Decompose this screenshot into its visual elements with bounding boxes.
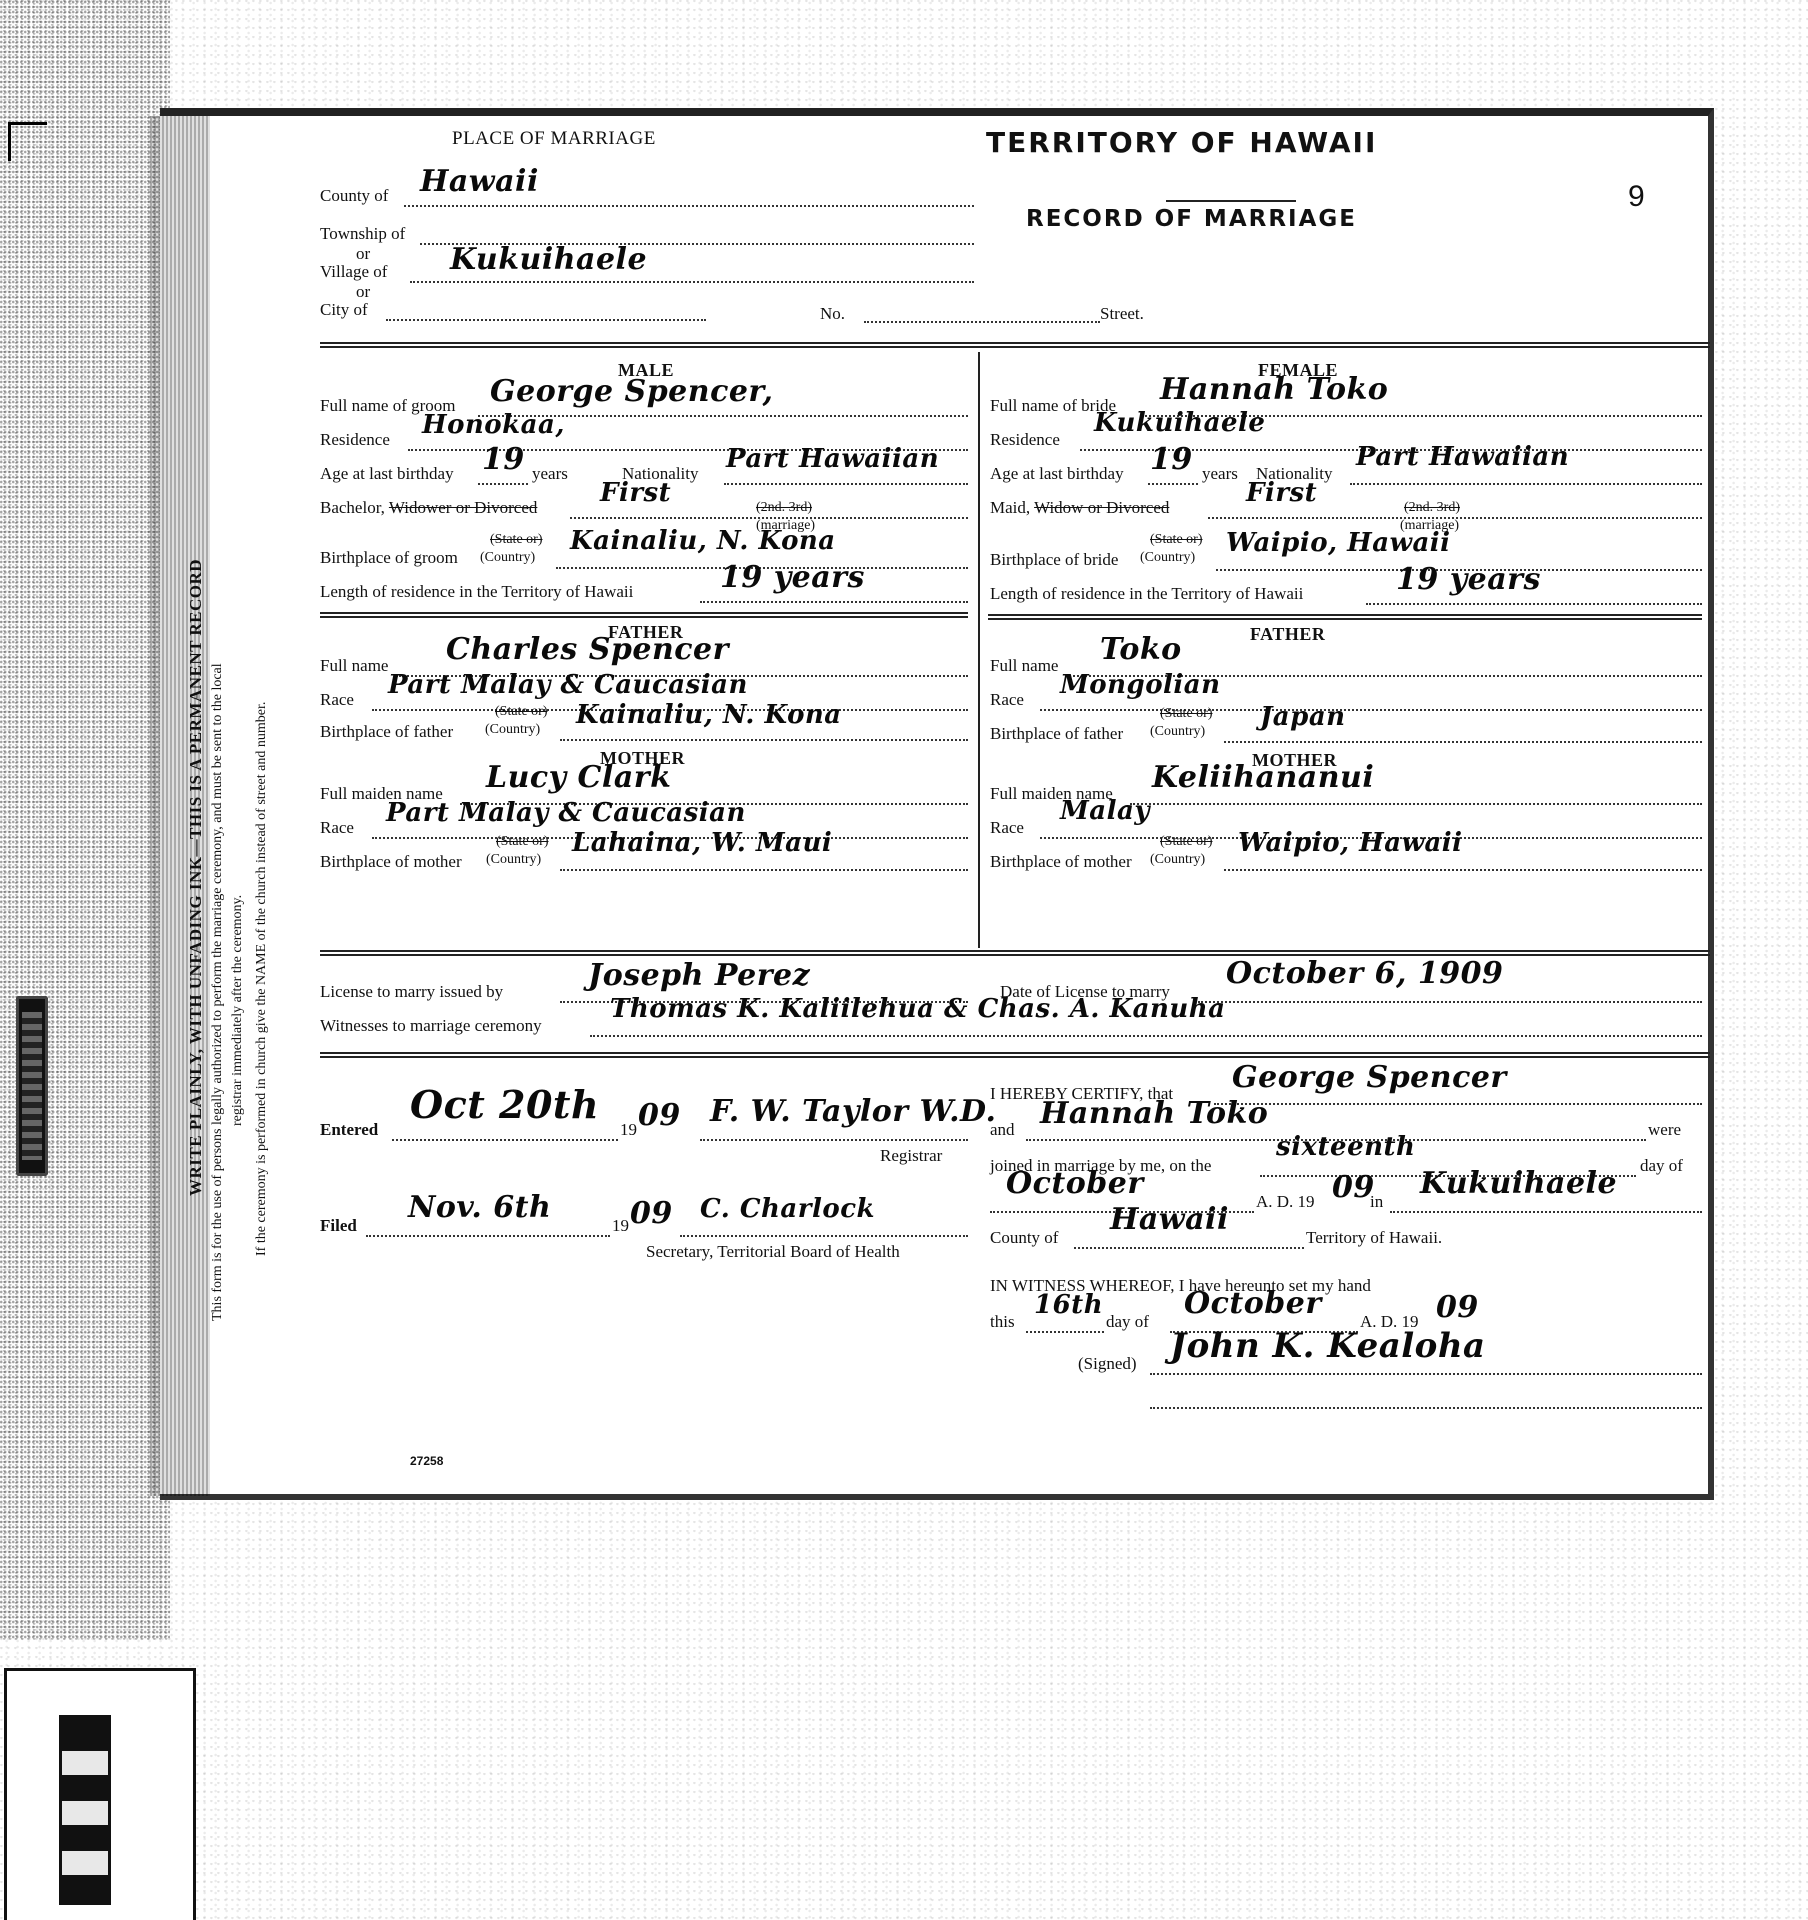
street-number-label: No. xyxy=(820,304,845,324)
joined-place-value: Kukuihaele xyxy=(1420,1166,1617,1201)
street-label: Street. xyxy=(1100,304,1144,324)
scan-noise-left-margin xyxy=(0,0,170,1640)
bride-age-label: Age at last birthday xyxy=(990,464,1124,484)
bride-mother-name-value: Keliihananui xyxy=(1152,760,1374,795)
certify-were-label: were xyxy=(1648,1120,1681,1140)
bride-age-value: 19 xyxy=(1150,442,1193,477)
sign-this-label: this xyxy=(990,1312,1015,1332)
bride-mother-state-or-struck: (State or) xyxy=(1160,834,1212,850)
groom-mother-birthplace-label: Birthplace of mother xyxy=(320,852,462,872)
groom-father-state-or-struck: (State or) xyxy=(495,704,547,720)
bride-father-heading: FATHER xyxy=(1250,624,1325,645)
groom-father-name-value: Charles Spencer xyxy=(446,632,729,667)
or-label: or xyxy=(356,282,370,302)
bride-marriage-ordinal: (2nd. 3rd) xyxy=(1404,500,1460,516)
registrar-label: Registrar xyxy=(880,1146,942,1166)
bride-residence-label: Residence xyxy=(990,430,1060,450)
county-value: Hawaii xyxy=(420,164,539,199)
bride-nationality-value: Part Hawaiian xyxy=(1356,442,1569,472)
joined-day-of-label: day of xyxy=(1640,1156,1683,1176)
bride-father-name-value: Toko xyxy=(1100,632,1182,667)
bride-birthplace-label: Birthplace of bride xyxy=(990,550,1118,570)
groom-mother-country-label: (Country) xyxy=(486,852,541,868)
sidebar-instruction-heading: WRITE PLAINLY, WITH UNFADING INK—THIS IS… xyxy=(186,559,206,1196)
bride-mother-race-label: Race xyxy=(990,818,1024,838)
groom-mother-state-or-struck: (State or) xyxy=(496,834,548,850)
filed-year-prefix: 19 xyxy=(612,1216,629,1236)
officiant-signature: John K. Kealoha xyxy=(1170,1326,1486,1366)
or-label: or xyxy=(356,244,370,264)
entered-year-value: 09 xyxy=(638,1098,681,1133)
joined-month-value: October xyxy=(1006,1166,1144,1201)
title-divider xyxy=(1166,200,1296,202)
groom-nationality-value: Part Hawaiian xyxy=(726,444,939,474)
groom-years-label: years xyxy=(532,464,568,484)
license-issued-by-label: License to marry issued by xyxy=(320,982,503,1002)
secretary-signature: C. Charlock xyxy=(700,1194,875,1224)
village-value: Kukuihaele xyxy=(450,242,647,277)
entered-label: Entered xyxy=(320,1120,378,1140)
certify-groom-value: George Spencer xyxy=(1232,1060,1507,1095)
bride-mother-country-label: (Country) xyxy=(1150,852,1205,868)
joined-ad-label: A. D. 19 xyxy=(1256,1192,1315,1212)
sign-month-value: October xyxy=(1184,1286,1322,1321)
film-index-bar xyxy=(59,1715,111,1905)
bride-father-birthplace-label: Birthplace of father xyxy=(990,724,1123,744)
sidebar-instruction-church: If the ceremony is performed in church g… xyxy=(254,702,270,1256)
secretary-label: Secretary, Territorial Board of Health xyxy=(646,1242,900,1262)
groom-birthplace-value: Kainaliu, N. Kona xyxy=(570,526,836,556)
groom-father-race-value: Part Malay & Caucasian xyxy=(388,670,748,700)
certificate-county-label: County of xyxy=(990,1228,1058,1248)
certificate-territory-label: Territory of Hawaii. xyxy=(1306,1228,1442,1248)
groom-state-or-struck: (State or) xyxy=(490,532,542,548)
filed-label: Filed xyxy=(320,1216,357,1236)
bride-residence-length-label: Length of residence in the Territory of … xyxy=(990,584,1303,604)
entered-date-value: Oct 20th xyxy=(410,1082,599,1127)
groom-marriage-ordinal: (2nd. 3rd) xyxy=(756,500,812,516)
witnesses-label: Witnesses to marriage ceremony xyxy=(320,1016,542,1036)
village-label: Village of xyxy=(320,262,387,282)
certify-and-label: and xyxy=(990,1120,1015,1140)
bride-mother-birthplace-value: Waipio, Hawaii xyxy=(1238,828,1463,858)
filed-date-value: Nov. 6th xyxy=(408,1190,551,1225)
city-label: City of xyxy=(320,300,368,320)
joined-day-value: sixteenth xyxy=(1276,1132,1415,1162)
sign-day-value: 16th xyxy=(1034,1290,1103,1320)
witnesses-value: Thomas K. Kaliilehua & Chas. A. Kanuha xyxy=(610,994,1226,1024)
groom-father-country-label: (Country) xyxy=(485,722,540,738)
section-divider xyxy=(320,1052,1710,1058)
groom-residence-length-label: Length of residence in the Territory of … xyxy=(320,582,633,602)
bride-status-struck: Widow or Divorced xyxy=(1034,498,1169,517)
license-issued-by-value: Joseph Perez xyxy=(588,958,810,993)
signed-label: (Signed) xyxy=(1078,1354,1137,1374)
document-title: TERRITORY OF HAWAII xyxy=(986,126,1377,159)
bride-mother-race-value: Malay xyxy=(1060,796,1150,826)
joined-year-value: 09 xyxy=(1332,1170,1375,1205)
groom-mother-race-value: Part Malay & Caucasian xyxy=(386,798,746,828)
sidebar-instruction-registrar: registrar immediately after the ceremony… xyxy=(230,895,246,1126)
license-date-value: October 6, 1909 xyxy=(1226,956,1503,991)
certify-bride-value: Hannah Toko xyxy=(1040,1096,1268,1131)
bride-years-label: years xyxy=(1202,464,1238,484)
film-index-card xyxy=(4,1668,196,1920)
bride-country-label: (Country) xyxy=(1140,550,1195,566)
bride-father-race-label: Race xyxy=(990,690,1024,710)
groom-father-race-label: Race xyxy=(320,690,354,710)
groom-father-birthplace-label: Birthplace of father xyxy=(320,722,453,742)
groom-name-value: George Spencer, xyxy=(490,374,774,409)
groom-mother-birthplace-value: Lahaina, W. Maui xyxy=(572,828,832,858)
joined-in-label: in xyxy=(1370,1192,1383,1212)
groom-status-struck: Widower or Divorced xyxy=(389,498,537,517)
groom-residence-label: Residence xyxy=(320,430,390,450)
groom-mother-name-value: Lucy Clark xyxy=(486,760,671,795)
crop-corner-mark xyxy=(8,122,47,161)
township-label: Township of xyxy=(320,224,405,244)
certificate-county-value: Hawaii xyxy=(1110,1202,1229,1237)
bride-birthplace-value: Waipio, Hawaii xyxy=(1226,528,1451,558)
page-number: 9 xyxy=(1628,180,1645,214)
bride-father-country-label: (Country) xyxy=(1150,724,1205,740)
bride-father-birthplace-value: Japan xyxy=(1260,702,1346,732)
groom-father-name-label: Full name xyxy=(320,656,388,676)
groom-country-label: (Country) xyxy=(480,550,535,566)
document-subtitle: RECORD OF MARRIAGE xyxy=(1026,206,1357,232)
bride-mother-birthplace-label: Birthplace of mother xyxy=(990,852,1132,872)
groom-residence-value: Honokaa, xyxy=(422,410,565,440)
bride-father-race-value: Mongolian xyxy=(1060,670,1221,700)
bride-residence-length-value: 19 years xyxy=(1396,562,1541,597)
groom-marriage-number: First xyxy=(600,478,671,508)
bride-father-name-label: Full name xyxy=(990,656,1058,676)
sign-year-value: 09 xyxy=(1436,1290,1479,1325)
place-of-marriage-heading: PLACE OF MARRIAGE xyxy=(452,128,656,150)
groom-age-label: Age at last birthday xyxy=(320,464,454,484)
filed-year-value: 09 xyxy=(630,1196,673,1231)
groom-father-birthplace-value: Kainaliu, N. Kona xyxy=(576,700,842,730)
binder-clip-tab xyxy=(16,996,48,1176)
bride-marriage-number: First xyxy=(1246,478,1317,508)
groom-birthplace-label: Birthplace of groom xyxy=(320,548,458,568)
section-divider xyxy=(320,342,1710,348)
county-label: County of xyxy=(320,186,388,206)
bride-residence-value: Kukuihaele xyxy=(1094,408,1265,438)
sidebar-instruction-usage: This form is for the use of persons lega… xyxy=(210,663,226,1321)
bride-father-state-or-struck: (State or) xyxy=(1160,706,1212,722)
groom-mother-race-label: Race xyxy=(320,818,354,838)
bride-name-value: Hannah Toko xyxy=(1160,372,1388,407)
marriage-record-form: WRITE PLAINLY, WITH UNFADING INK—THIS IS… xyxy=(160,108,1714,1500)
column-divider xyxy=(978,352,980,948)
sign-day-of-label: day of xyxy=(1106,1312,1149,1332)
groom-residence-length-value: 19 years xyxy=(720,560,865,595)
groom-age-value: 19 xyxy=(482,442,525,477)
form-number: 27258 xyxy=(410,1454,443,1468)
bride-state-or-struck: (State or) xyxy=(1150,532,1202,548)
registrar-signature: F. W. Taylor W.D. xyxy=(710,1094,996,1129)
entered-year-prefix: 19 xyxy=(620,1120,637,1140)
groom-status-label: Bachelor, xyxy=(320,498,385,517)
bride-status-label: Maid, xyxy=(990,498,1030,517)
